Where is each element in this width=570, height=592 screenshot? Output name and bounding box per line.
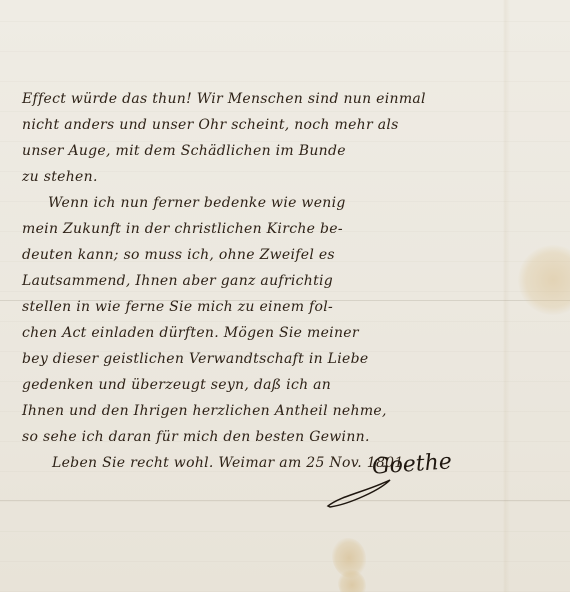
letter-line: Wenn ich nun ferner bedenke wie wenig — [22, 190, 492, 216]
letter-line: Ihnen und den Ihrigen herzlichen Antheil… — [22, 398, 492, 424]
letter-line: so sehe ich daran für mich den besten Ge… — [22, 424, 492, 450]
letter-line: mein Zukunft in der christlichen Kirche … — [22, 216, 492, 242]
letter-line: deuten kann; so muss ich, ohne Zweifel e… — [22, 242, 492, 268]
letter-line: Effect würde das thun! Wir Menschen sind… — [22, 86, 492, 112]
letter-body: Effect würde das thun! Wir Menschen sind… — [22, 86, 492, 476]
seal-stain — [518, 245, 570, 315]
letter-line: stellen in wie ferne Sie mich zu einem f… — [22, 294, 492, 320]
letter-line: nicht anders und unser Ohr scheint, noch… — [22, 112, 492, 138]
letter-page: Effect würde das thun! Wir Menschen sind… — [0, 0, 570, 592]
letter-line: Lautsammend, Ihnen aber ganz aufrichtig — [22, 268, 492, 294]
letter-line: bey dieser geistlichen Verwandtschaft in… — [22, 346, 492, 372]
paper-fold-line — [0, 500, 570, 501]
signature-flourish-icon — [320, 470, 430, 510]
letter-line: gedenken und überzeugt seyn, daß ich an — [22, 372, 492, 398]
letter-line: unser Auge, mit dem Schädlichen im Bunde — [22, 138, 492, 164]
letter-line: chen Act einladen dürften. Mögen Sie mei… — [22, 320, 492, 346]
letter-line: zu stehen. — [22, 164, 492, 190]
